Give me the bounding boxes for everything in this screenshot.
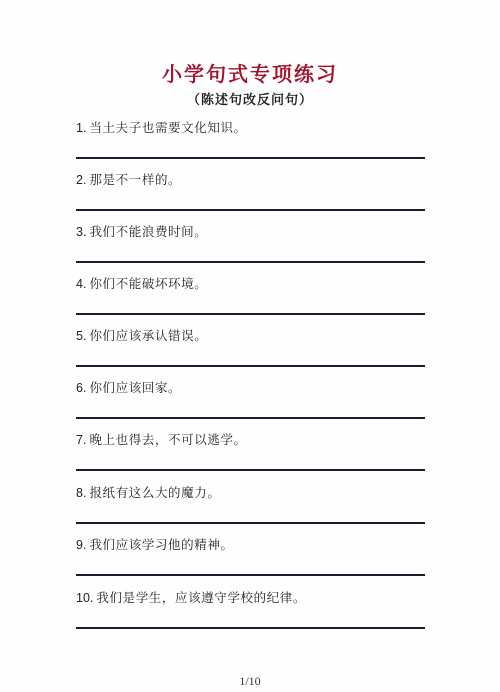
question-item-3: 3.我们不能浪费时间。 — [76, 223, 426, 275]
answer-line[interactable] — [76, 469, 425, 471]
question-item-6: 6.你们应该回家。 — [76, 379, 426, 431]
question-item-2: 2.那是不一样的。 — [76, 171, 426, 223]
question-sentence: 报纸有这么大的魔力。 — [89, 485, 220, 500]
question-sentence: 我们应该学习他的精神。 — [89, 537, 233, 552]
question-item-9: 9.我们应该学习他的精神。 — [76, 536, 426, 588]
question-number: 2. — [76, 173, 86, 187]
question-text: 8.报纸有这么大的魔力。 — [76, 484, 220, 502]
worksheet-subtitle: （陈述句改反问句） — [0, 91, 500, 111]
answer-line[interactable] — [76, 627, 425, 629]
answer-line[interactable] — [76, 522, 425, 524]
answer-line[interactable] — [76, 417, 425, 419]
question-sentence: 你们应该承认错误。 — [89, 328, 207, 343]
question-number: 3. — [76, 225, 86, 239]
worksheet-page: 小学句式专项练习 （陈述句改反问句） 1.当土夫子也需要文化知识。 2.那是不一… — [0, 0, 500, 692]
question-number: 9. — [76, 538, 86, 552]
question-number: 7. — [76, 433, 86, 447]
question-number: 4. — [76, 277, 86, 291]
question-item-4: 4.你们不能破坏环境。 — [76, 275, 426, 327]
answer-line[interactable] — [76, 261, 425, 263]
question-text: 1.当土夫子也需要文化知识。 — [76, 119, 247, 137]
question-text: 2.那是不一样的。 — [76, 171, 181, 189]
question-item-5: 5.你们应该承认错误。 — [76, 327, 426, 379]
question-item-7: 7.晚上也得去，不可以逃学。 — [76, 431, 426, 483]
question-number: 8. — [76, 486, 86, 500]
question-text: 3.我们不能浪费时间。 — [76, 223, 207, 241]
question-text: 7.晚上也得去，不可以逃学。 — [76, 431, 247, 449]
question-sentence: 你们不能破坏环境。 — [89, 276, 207, 291]
question-text: 5.你们应该承认错误。 — [76, 327, 207, 345]
question-item-8: 8.报纸有这么大的魔力。 — [76, 484, 426, 536]
answer-line[interactable] — [76, 365, 425, 367]
question-number: 5. — [76, 329, 86, 343]
question-sentence: 那是不一样的。 — [89, 172, 181, 187]
page-number: 1/10 — [0, 674, 500, 689]
question-text: 9.我们应该学习他的精神。 — [76, 536, 234, 554]
question-sentence: 晚上也得去，不可以逃学。 — [89, 432, 246, 447]
answer-line[interactable] — [76, 157, 425, 159]
question-item-10: 10.我们是学生，应该遵守学校的纪律。 — [76, 589, 426, 641]
question-sentence: 我们是学生，应该遵守学校的纪律。 — [96, 590, 306, 605]
question-number: 10. — [76, 591, 93, 605]
worksheet-title: 小学句式专项练习 — [0, 60, 500, 88]
question-item-1: 1.当土夫子也需要文化知识。 — [76, 119, 426, 171]
answer-line[interactable] — [76, 574, 425, 576]
question-text: 10.我们是学生，应该遵守学校的纪律。 — [76, 589, 306, 607]
question-sentence: 你们应该回家。 — [89, 380, 181, 395]
question-sentence: 我们不能浪费时间。 — [89, 224, 207, 239]
question-text: 6.你们应该回家。 — [76, 379, 181, 397]
question-text: 4.你们不能破坏环境。 — [76, 275, 207, 293]
answer-line[interactable] — [76, 209, 425, 211]
answer-line[interactable] — [76, 313, 425, 315]
question-number: 6. — [76, 381, 86, 395]
question-sentence: 当土夫子也需要文化知识。 — [89, 120, 246, 135]
question-number: 1. — [76, 121, 86, 135]
